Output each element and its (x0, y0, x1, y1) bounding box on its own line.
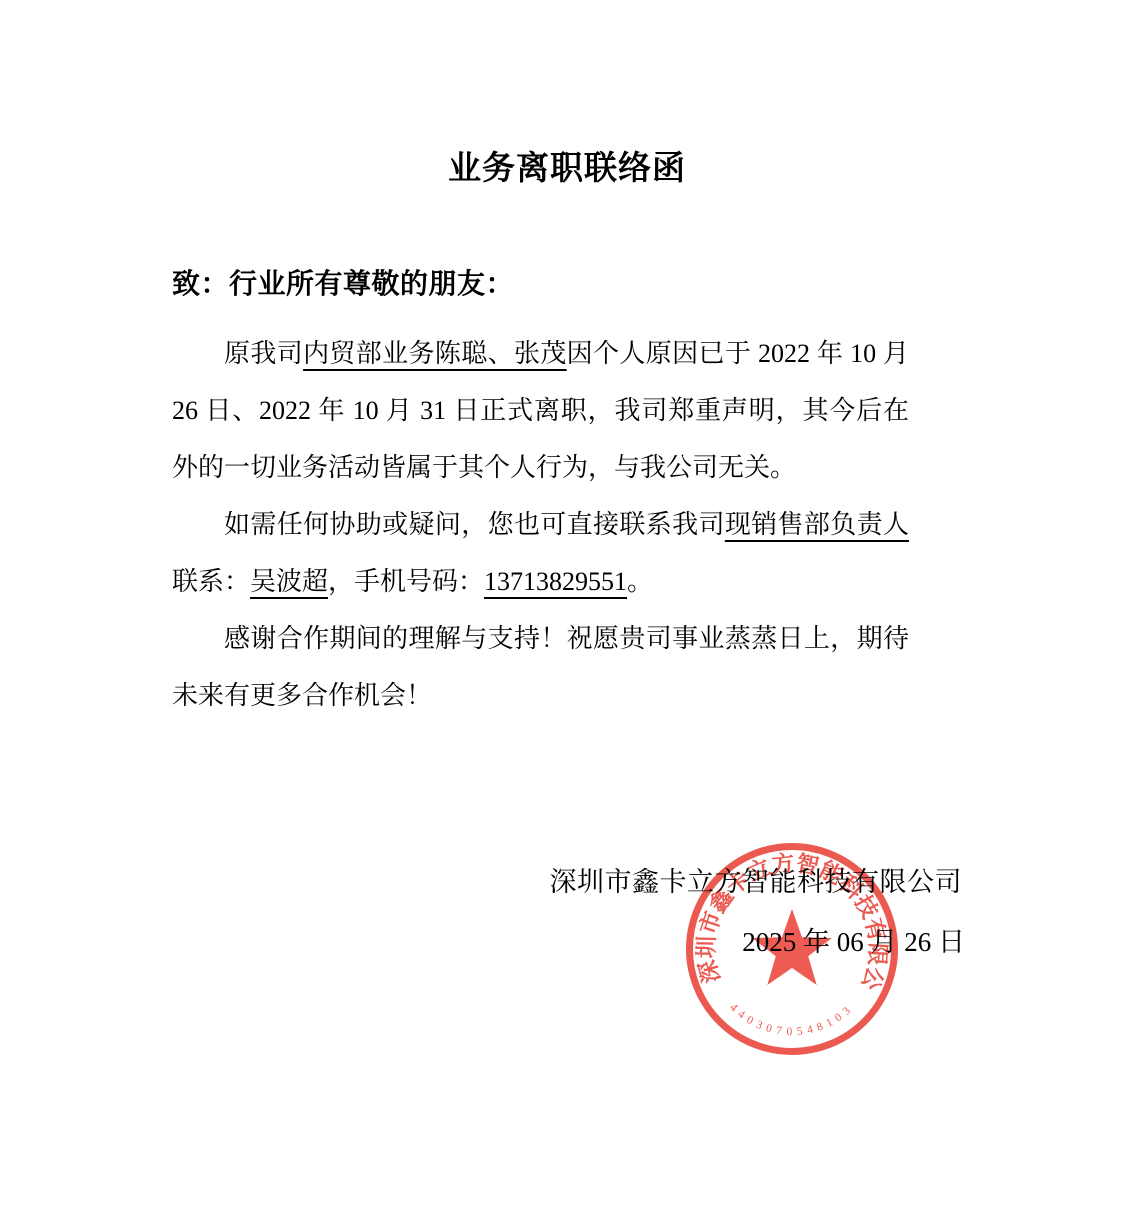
text-segment: 因个人原因已于 2022 年 10 月 (567, 339, 909, 368)
letter-body: 原我司内贸部业务陈聪、张茂因个人原因已于 2022 年 10 月 26 日、20… (172, 325, 909, 724)
seal-serial-number: 4403070548103 (727, 1002, 856, 1039)
underlined-contact-name: 吴波超 (250, 567, 328, 596)
underlined-phone-number: 13713829551 (484, 567, 627, 596)
body-line-7: 未来有更多合作机会！ (172, 667, 909, 724)
body-line-6: 感谢合作期间的理解与支持！祝愿贵司事业蒸蒸日上，期待 (172, 610, 909, 667)
text-segment: ，手机号码： (328, 567, 484, 596)
text-segment: 原我司 (224, 339, 303, 368)
body-line-3: 外的一切业务活动皆属于其个人行为，与我公司无关。 (172, 439, 909, 496)
body-line-1: 原我司内贸部业务陈聪、张茂因个人原因已于 2022 年 10 月 (172, 325, 909, 382)
seal-star-icon (752, 909, 832, 985)
underlined-dept-names: 内贸部业务陈聪、张茂 (303, 339, 567, 368)
text-segment: 。 (627, 567, 653, 596)
text-segment: 未来有更多合作机会！ (172, 681, 432, 710)
body-line-5: 联系：吴波超，手机号码：13713829551。 (172, 553, 909, 610)
text-segment: 联系： (172, 567, 250, 596)
letter-page: 业务离职联络函 致：行业所有尊敬的朋友： 原我司内贸部业务陈聪、张茂因个人原因已… (0, 0, 1134, 1211)
body-line-2: 26 日、2022 年 10 月 31 日正式离职，我司郑重声明，其今后在 (172, 382, 909, 439)
text-segment: 感谢合作期间的理解与支持！祝愿贵司事业蒸蒸日上，期待 (224, 624, 909, 653)
company-seal-stamp: 深圳市鑫卡立方智能科技有限公司 4403070548103 (682, 839, 902, 1059)
text-segment: 26 日、2022 年 10 月 31 日正式离职，我司郑重声明，其今后在 (172, 396, 909, 425)
text-segment: 如需任何协助或疑问，您也可直接联系我司 (224, 510, 725, 539)
document-title: 业务离职联络函 (0, 142, 1134, 189)
salutation: 致：行业所有尊敬的朋友： (172, 262, 514, 302)
body-line-4: 如需任何协助或疑问，您也可直接联系我司现销售部负责人 (172, 496, 909, 553)
text-segment: 外的一切业务活动皆属于其个人行为，与我公司无关。 (172, 453, 796, 482)
underlined-sales-manager: 现销售部负责人 (725, 510, 909, 539)
